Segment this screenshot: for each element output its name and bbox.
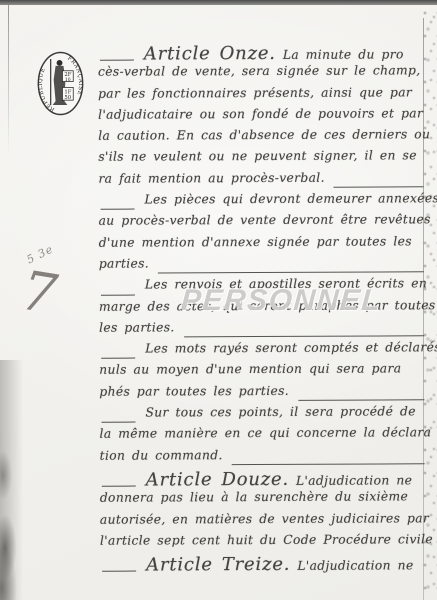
manuscript-line: Les mots rayés seront comptés et déclaré… <box>99 340 426 363</box>
watermark-text: PERSONNEL <box>180 284 383 318</box>
manuscript-line: la même manière en ce qui concerne la dé… <box>100 426 427 449</box>
manuscript-line: phés par toutes les parties. <box>99 383 426 406</box>
manuscript-line: Article Treize.L'adjudication ne <box>100 553 427 576</box>
manuscript-line: l'adjudicataire ou son fondé de pouvoirs… <box>98 106 425 129</box>
line-text: tion du command. <box>100 448 223 463</box>
paragraph-dash <box>101 358 135 359</box>
line-text: la caution. En cas d'absence de ces dern… <box>98 127 430 142</box>
manuscript-line: autorisée, en matières de ventes judicia… <box>100 511 427 534</box>
article-heading: Article Treize. <box>146 554 290 576</box>
article-heading: Article Onze. <box>144 43 276 65</box>
manuscript-line: Article Douze.L'adjudication ne <box>100 468 427 491</box>
line-text: Les mots rayés seront comptés et déclaré… <box>145 340 437 355</box>
stamp-value-top2: 10 <box>65 77 71 83</box>
manuscript-line: s'ils ne veulent ou ne peuvent signer, i… <box>98 149 425 172</box>
paragraph-dash <box>102 571 136 572</box>
manuscript-line: Les pièces qui devront demeurer annexées <box>98 191 425 214</box>
manuscript-line: tion du command. <box>100 447 427 470</box>
manuscript-line: donnera pas lieu à la surenchère du sixi… <box>100 490 427 513</box>
manuscript-line: cès-verbal de vente, sera signée sur le … <box>98 64 425 87</box>
manuscript-line: Sur tous ces points, il sera procédé de <box>99 404 426 427</box>
line-text: la même manière en ce qui concerne la dé… <box>100 426 432 441</box>
line-text: l'article sept cent huit du Code Procédu… <box>100 532 433 547</box>
line-text: L'adjudication ne <box>296 473 412 488</box>
line-text: nuls au moyen d'une mention qui sera par… <box>99 362 401 377</box>
stamp-figure-head <box>57 60 63 66</box>
manuscript-line: d'une mention d'annexe signée par toutes… <box>99 234 426 257</box>
line-text: d'une mention d'annexe signée par toutes… <box>99 234 412 249</box>
manuscript-line: l'article sept cent huit du Code Procédu… <box>100 532 427 555</box>
paper-fold-line <box>8 5 9 155</box>
line-text: La minute du pro <box>283 47 404 62</box>
line-text: l'adjudicataire ou son fondé de pouvoirs… <box>98 106 423 121</box>
gutter-shadow <box>0 360 34 600</box>
paragraph-dash <box>101 209 135 210</box>
line-text: autorisée, en matières de ventes judicia… <box>100 511 429 526</box>
stamp-value-bot2: 50 <box>64 95 71 101</box>
manuscript-line: nuls au moyen d'une mention qui sera par… <box>99 362 426 385</box>
fill-rule <box>184 335 424 337</box>
line-text: par les fonctionnaires présents, ainsi q… <box>98 85 412 100</box>
paragraph-dash <box>101 294 135 295</box>
manuscript-line: ra fait mention au procès-verbal. <box>98 170 425 193</box>
line-text: les parties. <box>99 320 175 334</box>
line-text: cès-verbal de vente, sera signée sur le … <box>98 64 421 79</box>
line-text: phés par toutes les parties. <box>99 384 289 399</box>
revenue-stamp-icon: RÉPUBLIQUE FRANÇAISE 2F 10 1F 50 <box>36 49 85 118</box>
fill-rule <box>158 272 424 274</box>
line-text: L'adjudication ne <box>297 558 413 573</box>
scan-top-edge <box>0 0 437 5</box>
manuscript-line: Article Onze.La minute du pro <box>98 42 425 65</box>
paragraph-dash <box>100 60 134 61</box>
manuscript-line: au procès-verbal de vente devront être r… <box>99 213 426 236</box>
manuscript-line: parties. <box>99 255 426 278</box>
manuscript-line: par les fonctionnaires présents, ainsi q… <box>98 85 425 108</box>
margin-page-number: 7 <box>18 264 60 323</box>
article-heading: Article Douze. <box>146 469 289 491</box>
line-text: donnera pas lieu à la surenchère du sixi… <box>100 490 408 505</box>
line-text: Les pièces qui devront demeurer annexées <box>144 191 437 206</box>
fill-rule <box>298 399 424 401</box>
line-text: Sur tous ces points, il sera procédé de <box>145 404 415 419</box>
line-text: ra fait mention au procès-verbal. <box>98 171 324 186</box>
fill-rule <box>232 463 425 465</box>
paragraph-dash <box>101 422 135 423</box>
line-text: s'ils ne veulent ou ne peuvent signer, i… <box>98 149 417 164</box>
scanned-manuscript-page: RÉPUBLIQUE FRANÇAISE 2F 10 1F 50 5 3e 7 … <box>0 0 437 600</box>
manuscript-line: la caution. En cas d'absence de ces dern… <box>98 127 425 150</box>
manuscript-line: les parties. <box>99 319 426 342</box>
line-text: parties. <box>99 256 149 270</box>
paragraph-dash <box>102 486 136 487</box>
line-text: au procès-verbal de vente devront être r… <box>99 213 431 228</box>
fill-rule <box>334 186 424 187</box>
